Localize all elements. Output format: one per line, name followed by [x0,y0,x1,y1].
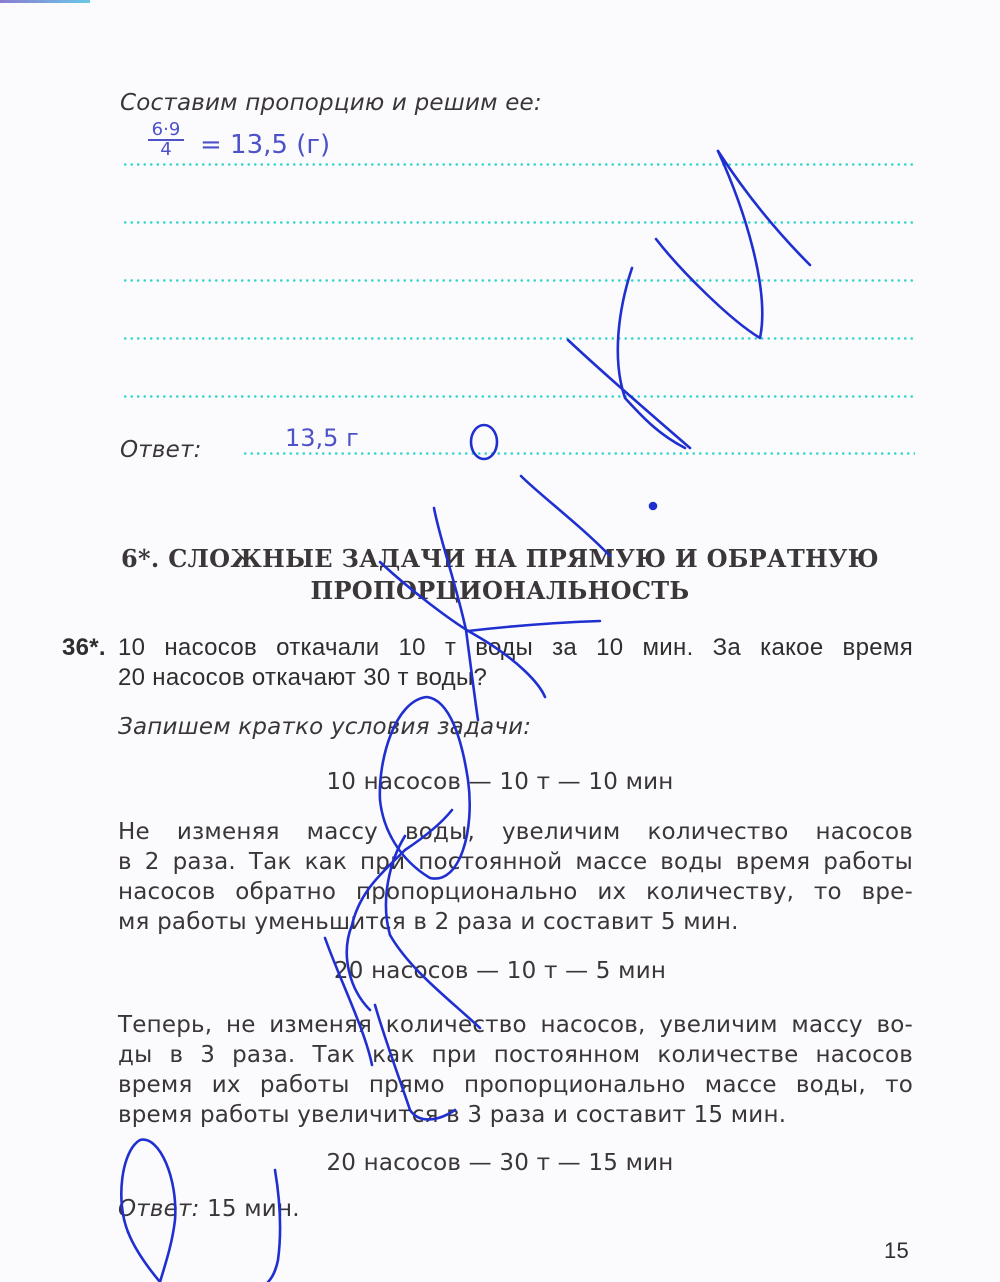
paragraph-line: Не изменяя массу воды, увеличим количест… [118,817,913,847]
task-answer-value: 15 мин. [207,1196,300,1222]
section-title-line2: ПРОПОРЦИОНАЛЬНОСТЬ [0,575,1000,607]
pen-stroke [468,621,600,631]
page-number: 15 [884,1238,909,1264]
answer-dotted-line [242,452,915,455]
task-answer: Ответ: 15 мин. [118,1196,300,1222]
pen-stroke [128,1232,160,1282]
record-intro: Запишем кратко условия задачи: [118,714,531,740]
pen-stroke [618,268,685,448]
condition-formula-2: 20 насосов — 10 т — 5 мин [0,958,1000,984]
answer-dotted-line [122,279,915,282]
answer-label: Ответ: [120,437,202,463]
pen-dot [650,503,656,509]
section-title-line1: 6*. СЛОЖНЫЕ ЗАДАЧИ НА ПРЯМУЮ И ОБРАТНУЮ [0,543,1000,575]
explanation-paragraph-1: Не изменяя массу воды, увеличим количест… [118,817,913,937]
answer-dotted-line [122,395,915,398]
answer-dotted-line [122,337,915,340]
paragraph-line: мя работы уменьшится в 2 раза и составит… [118,907,913,937]
condition-formula-1: 10 насосов — 10 т — 10 мин [0,769,1000,795]
answer-dotted-line [122,221,915,224]
task-number: 36*. [62,634,106,662]
workbook-page: Составим пропорцию и решим ее: 6·9 4 = 1… [0,0,1000,1282]
pen-stroke [718,151,810,265]
scan-edge-strip [0,0,90,3]
fraction-denominator: 4 [148,141,184,159]
explanation-paragraph-2: Теперь, не изменяя количество насосов, у… [118,1010,913,1130]
condition-formula-3: 20 насосов — 30 т — 15 мин [0,1150,1000,1176]
paragraph-line: в 2 раза. Так как при постоянной массе в… [118,847,913,877]
task-answer-label: Ответ: [118,1196,200,1222]
task-statement-line2: 20 насосов откачают 30 т воды? [118,664,487,692]
fraction-numerator: 6·9 [148,121,184,141]
pen-stroke [568,340,690,448]
task-statement-line1: 10 насосов откачали 10 т воды за 10 мин.… [118,634,913,662]
paragraph-line: Теперь, не изменяя количество насосов, у… [118,1010,913,1040]
paragraph-line: время их работы прямо пропорционально ма… [118,1070,913,1100]
handwritten-answer: 13,5 г [285,424,359,452]
paragraph-line: время работы увеличится в 3 раза и соста… [118,1100,913,1130]
proportion-instruction: Составим пропорцию и решим ее: [120,90,542,116]
handwritten-result: = 13,5 (г) [200,130,330,160]
paragraph-line: насосов обратно пропорционально их колич… [118,877,913,907]
paragraph-line: ды в 3 раза. Так как при постоянном коли… [118,1040,913,1070]
pen-stroke [656,151,762,338]
pen-stroke [268,1170,280,1282]
answer-dotted-line [122,163,915,166]
handwritten-fraction: 6·9 4 [148,121,184,159]
